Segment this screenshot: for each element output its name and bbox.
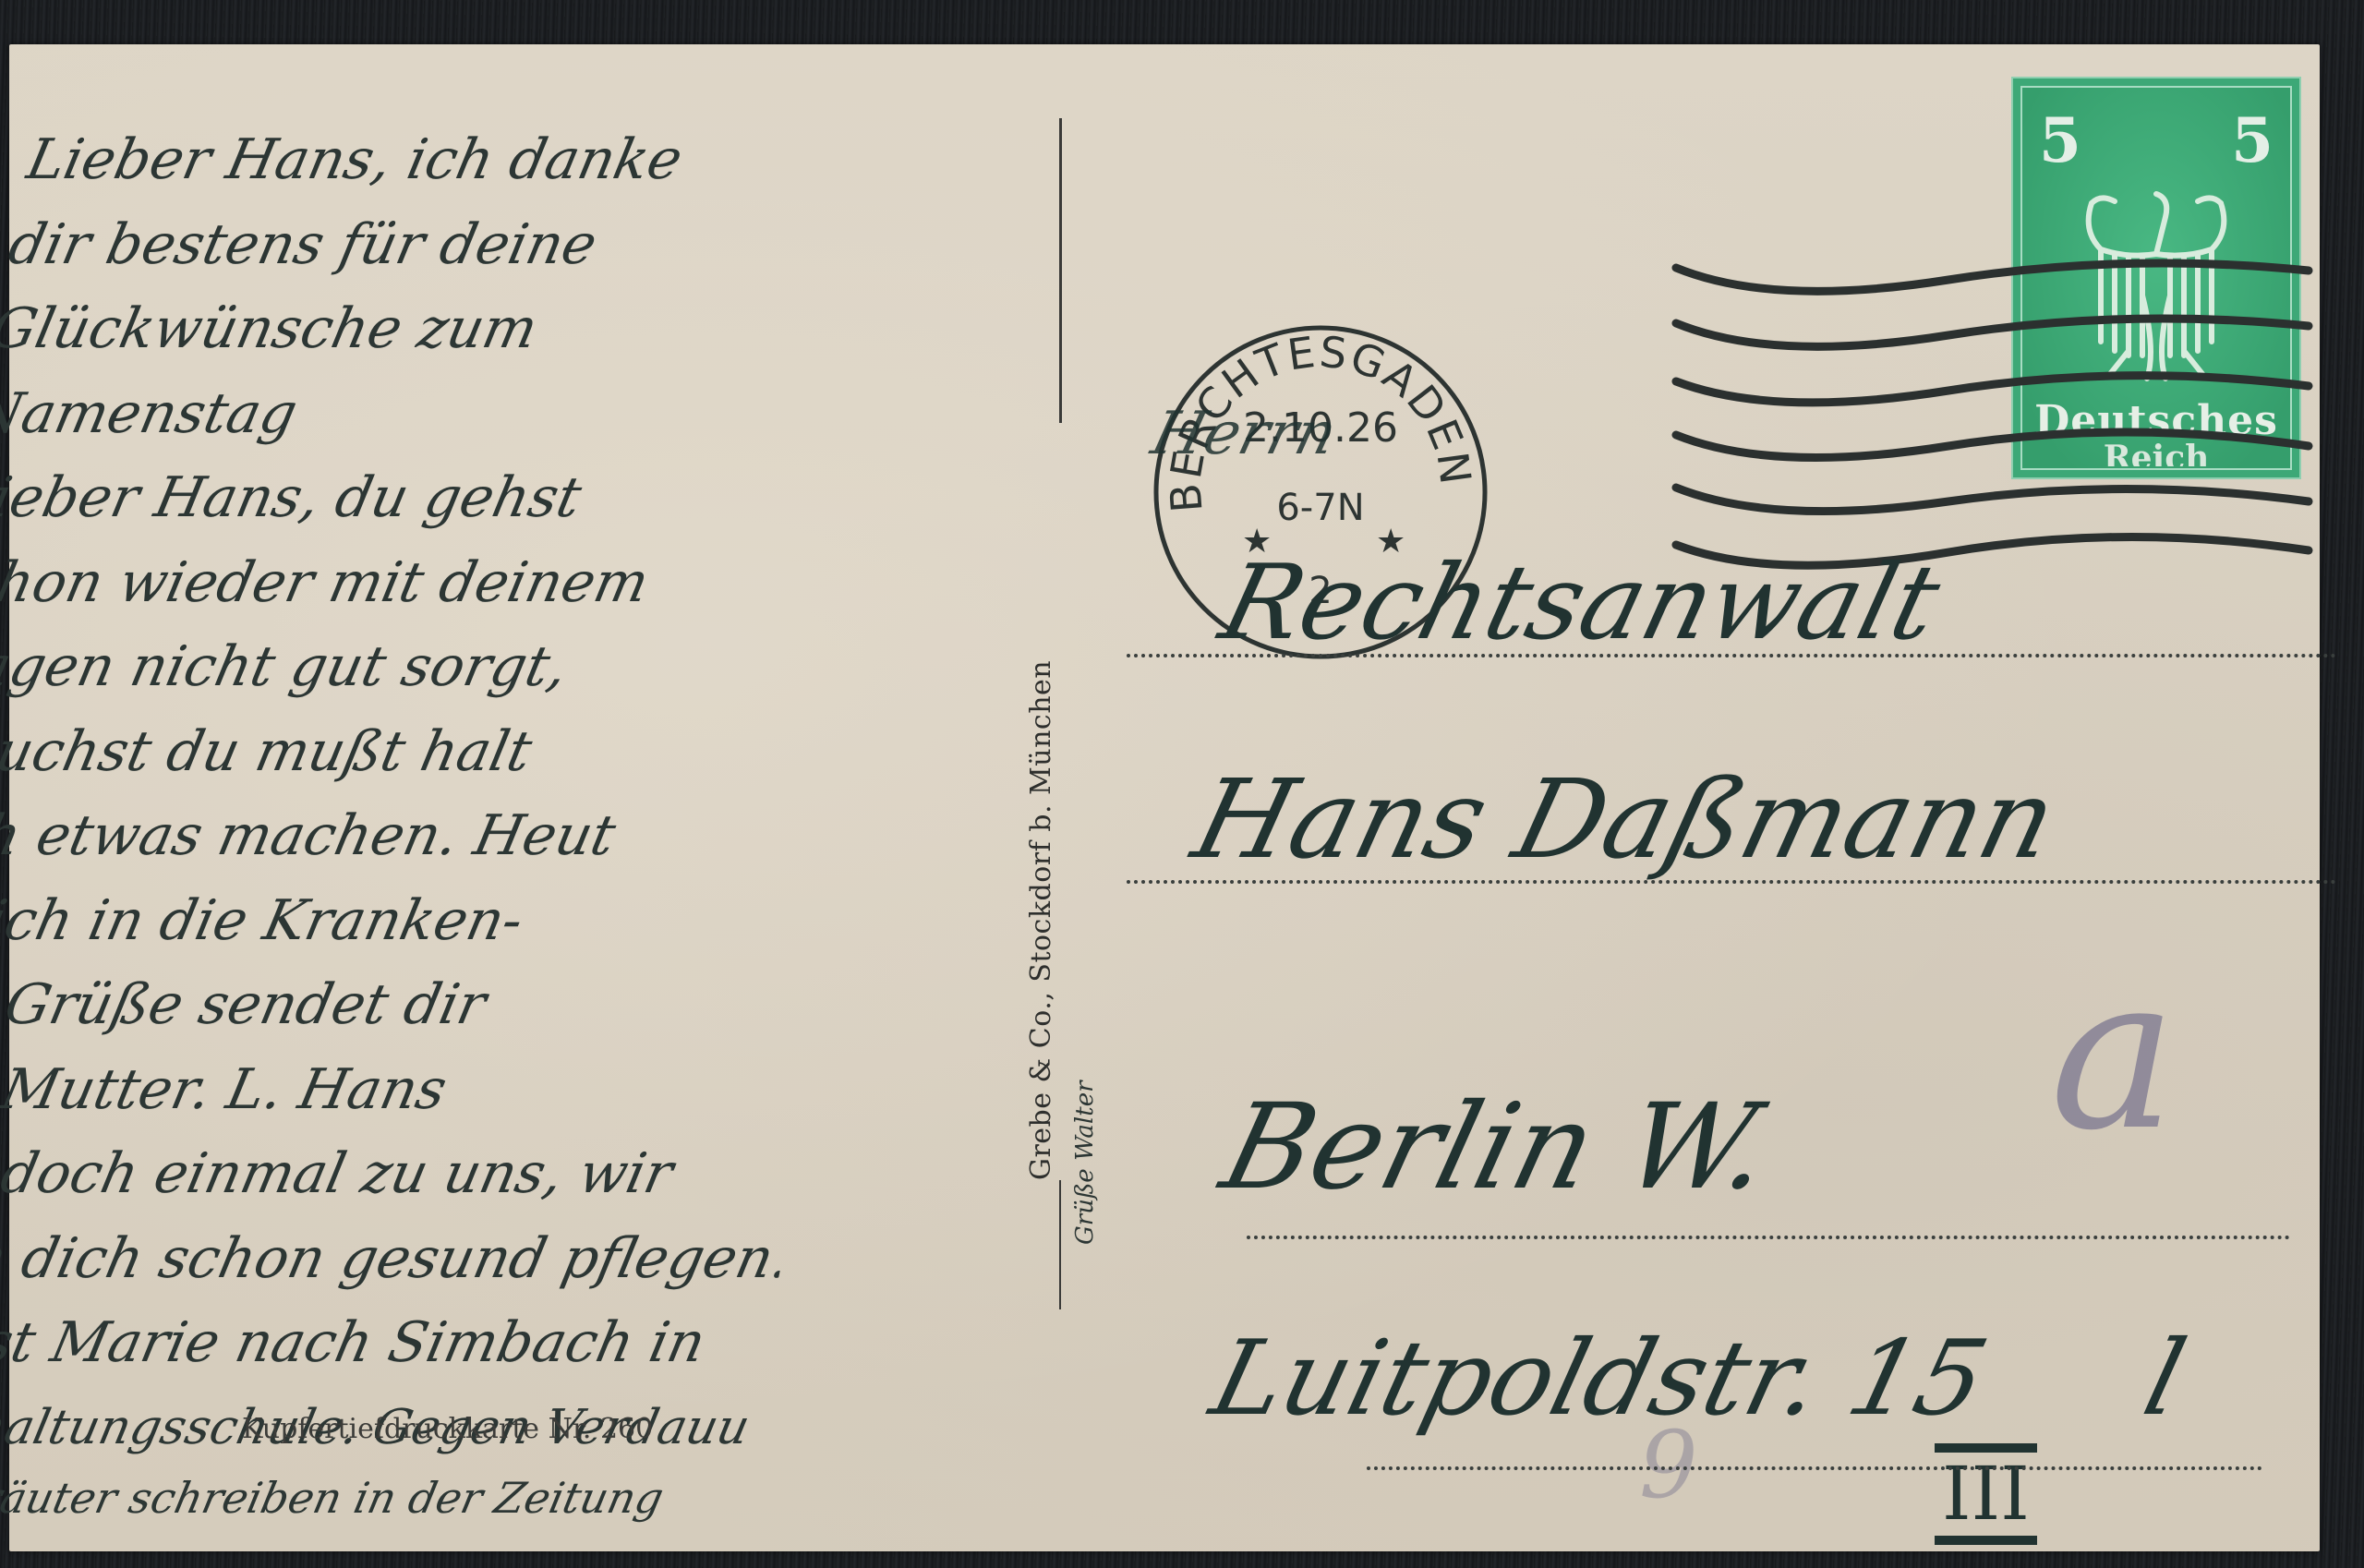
divider-line: [1059, 1180, 1061, 1309]
address-title: Rechtsanwalt: [1210, 543, 1951, 663]
message-line: Magen nicht gut sorgt,: [0, 625, 917, 710]
address-line: [1247, 1236, 2290, 1239]
message-line: komm doch einmal zu uns, wir: [0, 1132, 810, 1217]
stamp-country: Deutsches: [2013, 397, 2299, 444]
message-line: geh ich in die Kranken-: [0, 879, 863, 964]
message-line: werden dich schon gesund pflegen.: [0, 1217, 791, 1302]
message-line: Lieber Hans, du gehst: [0, 456, 953, 541]
address-line: [1127, 880, 2336, 884]
postcard: Lieber Hans, ich danke dir bestens für d…: [9, 44, 2320, 1551]
message-line: dir bestens für deine: [1, 203, 1007, 288]
message-line: Heute ist Marie nach Simbach in: [0, 1301, 774, 1386]
message-line: schon wieder mit deinem: [0, 541, 935, 626]
handwritten-message: Lieber Hans, ich danke dir bestens für d…: [0, 118, 1025, 1526]
address-street: Luitpoldstr. 15: [1200, 1319, 1998, 1439]
card-type-imprint: Kupfertiefdruckkarte Nr. 260: [242, 1413, 653, 1445]
eagle-icon: [2064, 166, 2249, 388]
address-line: [1127, 654, 2336, 657]
address-side: l: [2133, 1319, 2196, 1439]
message-line: steht Heilkräuter schreiben in der Zeitu…: [0, 1470, 738, 1526]
postmark-time: 6-7N: [1276, 487, 1364, 529]
address-salutation: Herrn: [1145, 400, 1344, 468]
divider-line: [1059, 118, 1062, 423]
message-line: Glückwünsche zum: [0, 287, 989, 372]
message-line: Namenstag: [0, 372, 971, 457]
pencil-mark: 9: [1639, 1411, 1698, 1519]
message-line: doch etwas machen. Heut: [0, 794, 881, 879]
address-city: Berlin W.: [1210, 1079, 1785, 1216]
publisher-imprint: Grebe & Co., Stockdorf b. München: [1025, 660, 1057, 1180]
address-floor: III: [1935, 1443, 2037, 1545]
address-name: Hans Daßmann: [1182, 755, 2068, 883]
pencil-mark: a: [2050, 931, 2177, 1177]
postage-stamp: 5 5 Deutsches Reich: [2011, 77, 2301, 479]
message-line: deine Mutter. L. Hans: [0, 1048, 827, 1133]
side-greeting: Grüße Walter: [1071, 1080, 1099, 1245]
address-line: [1367, 1466, 2262, 1470]
message-line: Lieber Hans, ich danke: [19, 118, 1025, 203]
message-line: Viele Grüße sendet dir: [0, 963, 846, 1048]
stamp-country-line2: Reich: [2013, 439, 2299, 466]
message-line: brauchst du mußt halt: [0, 710, 899, 795]
